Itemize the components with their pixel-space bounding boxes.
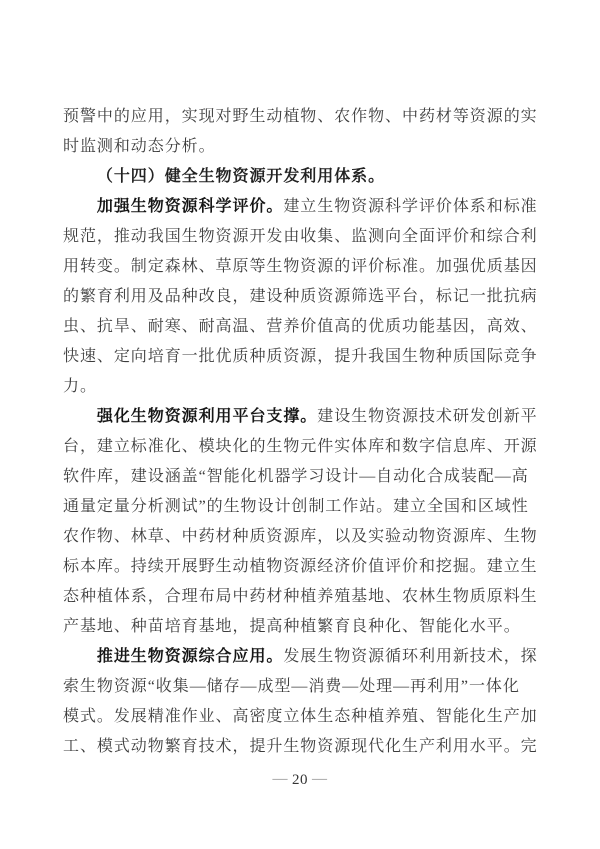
paragraph-text: 用转变。制定森林、草原等生物资源的评价标准。加强优质基因 <box>63 258 538 275</box>
paragraph-text: 建设生物资源技术研发创新平 <box>317 408 537 425</box>
document-text-line: 标本库。持续开展野生动植物资源经济价值评价和挖掘。建立生 <box>63 552 541 582</box>
paragraph-text: 通量定量分析测试”的生物设计创制工作站。建立全国和区域性 <box>63 498 529 515</box>
document-text-line: 的繁育利用及品种改良，建设种质资源筛选平台，标记一批抗病 <box>63 282 541 312</box>
paragraph-text: 虫、抗旱、耐寒、耐高温、营养价值高的优质功能基因，高效、 <box>63 318 538 335</box>
document-text-line: 强化生物资源利用平台支撑。建设生物资源技术研发创新平 <box>63 402 541 432</box>
document-text-line: 虫、抗旱、耐寒、耐高温、营养价值高的优质功能基因，高效、 <box>63 312 541 342</box>
paragraph-text: 的繁育利用及品种改良，建设种质资源筛选平台，标记一批抗病 <box>63 288 538 305</box>
document-text-block: 预警中的应用，实现对野生动植物、农作物、中药材等资源的实时监测和动态分析。（十四… <box>63 102 541 762</box>
document-text-line: 通量定量分析测试”的生物设计创制工作站。建立全国和区域性 <box>63 492 541 522</box>
paragraph-text: 力。 <box>63 378 97 395</box>
page-number-value: 20 <box>292 772 308 788</box>
paragraph-text: 时监测和动态分析。 <box>63 138 216 155</box>
document-text-line: 产基地、种苗培育基地，提高种植繁育良种化、智能化水平。 <box>63 612 541 642</box>
document-text-line: 台，建立标准化、模块化的生物元件实体库和数字信息库、开源 <box>63 432 541 462</box>
paragraph-text: 农作物、林草、中药材种质资源库，以及实验动物资源库、生物 <box>63 528 538 545</box>
document-text-line: 加强生物资源科学评价。建立生物资源科学评价体系和标准 <box>63 192 541 222</box>
paragraph-text: 预警中的应用，实现对野生动植物、农作物、中药材等资源的实 <box>63 108 538 125</box>
paragraph-text: 软件库，建设涵盖“智能化机器学习设计—自动化合成装配—高 <box>63 468 529 485</box>
paragraph-text: 模式。发展精准作业、高密度立体生态种植养殖、智能化生产加 <box>63 708 538 725</box>
document-text-line: 规范，推动我国生物资源开发由收集、监测向全面评价和综合利 <box>63 222 541 252</box>
document-text-line: 工、模式动物繁育技术，提升生物资源现代化生产利用水平。完 <box>63 732 541 762</box>
document-text-line: 快速、定向培育一批优质种质资源，提升我国生物种质国际竞争 <box>63 342 541 372</box>
paragraph-text: 态种植体系，合理布局中药材种植养殖基地、农林生物质原料生 <box>63 588 538 605</box>
document-text-line: 时监测和动态分析。 <box>63 132 541 162</box>
document-text-line: 用转变。制定森林、草原等生物资源的评价标准。加强优质基因 <box>63 252 541 282</box>
paragraph-lead-bold: 强化生物资源利用平台支撑。 <box>97 408 317 425</box>
document-text-line: 预警中的应用，实现对野生动植物、农作物、中药材等资源的实 <box>63 102 541 132</box>
paragraph-text: 建立生物资源科学评价体系和标准 <box>283 198 537 215</box>
paragraph-text: 发展生物资源循环利用新技术，探 <box>283 648 537 665</box>
document-text-line: 农作物、林草、中药材种质资源库，以及实验动物资源库、生物 <box>63 522 541 552</box>
document-text-line: 索生物资源“收集—储存—成型—消费—处理—再利用”一体化 <box>63 672 541 702</box>
document-text-line: （十四）健全生物资源开发利用体系。 <box>63 162 541 192</box>
page-footer: —20— <box>0 769 600 791</box>
paragraph-text: 标本库。持续开展野生动植物资源经济价值评价和挖掘。建立生 <box>63 558 538 575</box>
paragraph-text: 产基地、种苗培育基地，提高种植繁育良种化、智能化水平。 <box>63 618 521 635</box>
document-text-line: 力。 <box>63 372 541 402</box>
paragraph-text: 索生物资源“收集—储存—成型—消费—处理—再利用”一体化 <box>63 678 520 695</box>
paragraph-text: 工、模式动物繁育技术，提升生物资源现代化生产利用水平。完 <box>63 738 538 755</box>
paragraph-text: 规范，推动我国生物资源开发由收集、监测向全面评价和综合利 <box>63 228 538 245</box>
document-text-line: 推进生物资源综合应用。发展生物资源循环利用新技术，探 <box>63 642 541 672</box>
paragraph-text: 快速、定向培育一批优质种质资源，提升我国生物种质国际竞争 <box>63 348 538 365</box>
document-text-line: 模式。发展精准作业、高密度立体生态种植养殖、智能化生产加 <box>63 702 541 732</box>
paragraph-lead-bold: （十四）健全生物资源开发利用体系。 <box>97 168 385 185</box>
paragraph-lead-bold: 加强生物资源科学评价。 <box>97 198 283 215</box>
page-number-left-dash: — <box>273 771 289 787</box>
document-text-line: 态种植体系，合理布局中药材种植养殖基地、农林生物质原料生 <box>63 582 541 612</box>
paragraph-text: 台，建立标准化、模块化的生物元件实体库和数字信息库、开源 <box>63 438 538 455</box>
page-number-right-dash: — <box>312 771 328 787</box>
paragraph-lead-bold: 推进生物资源综合应用。 <box>97 648 283 665</box>
document-page: 预警中的应用，实现对野生动植物、农作物、中药材等资源的实时监测和动态分析。（十四… <box>0 0 600 849</box>
document-text-line: 软件库，建设涵盖“智能化机器学习设计—自动化合成装配—高 <box>63 462 541 492</box>
